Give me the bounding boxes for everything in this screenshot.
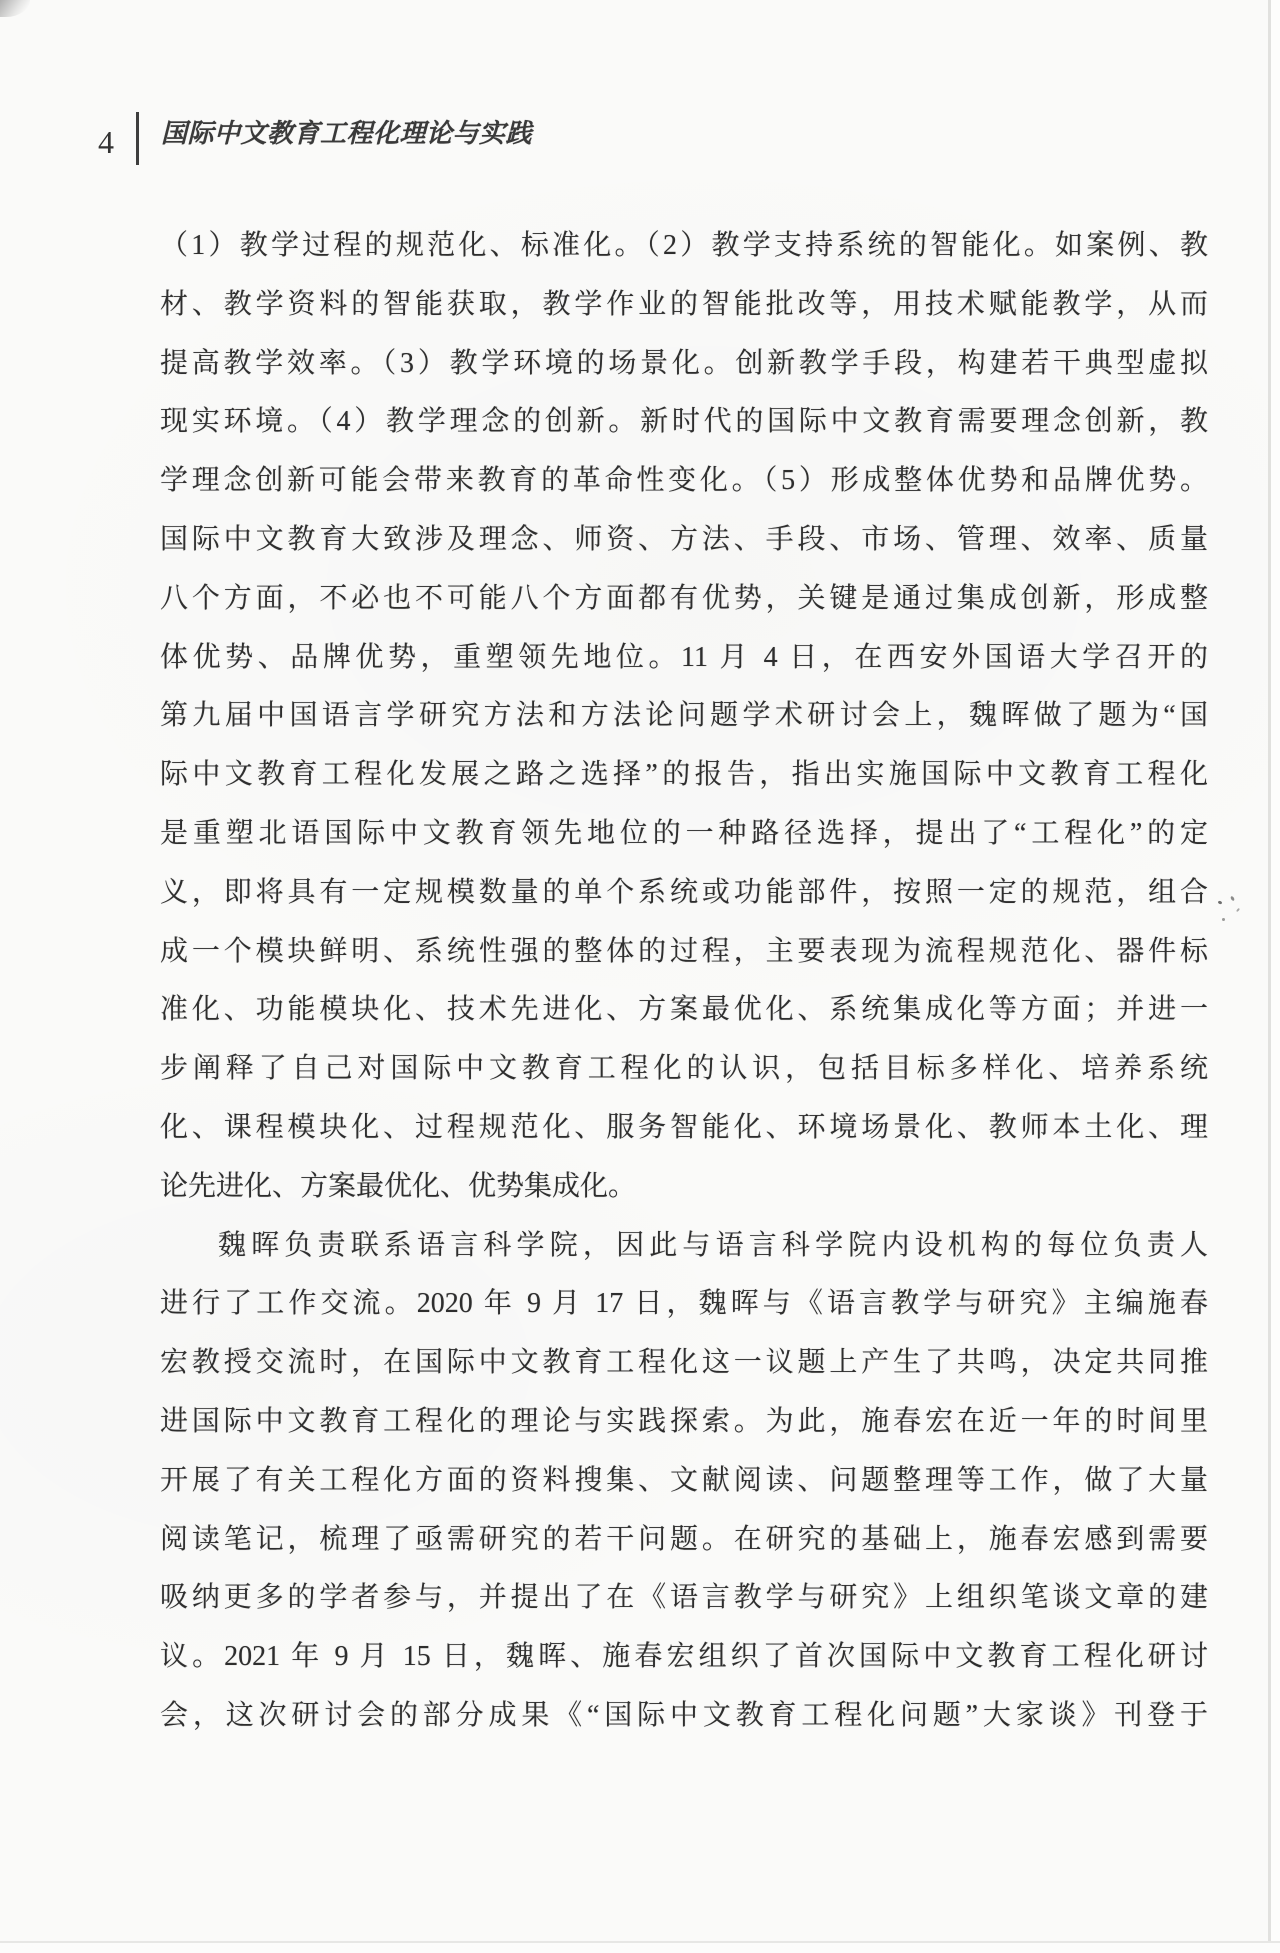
- scan-right-edge-line: [1268, 0, 1271, 1953]
- text-line: 第九届中国语言学研究方法和方法论问题学术研讨会上，魏晖做了题为“国: [160, 687, 1208, 746]
- text-line: 体优势、品牌优势，重塑领先地位。11 月 4 日，在西安外国语大学召开的: [160, 629, 1208, 688]
- header-divider: [136, 112, 139, 165]
- scan-bottom-edge-line: [0, 1941, 1280, 1943]
- scanned-book-page: 4 国际中文教育工程化理论与实践 （1）教学过程的规范化、标准化。（2）教学支持…: [0, 0, 1280, 1953]
- text-line: 宏教授交流时，在国际中文教育工程化这一议题上产生了共鸣，决定共同推: [160, 1334, 1208, 1393]
- text-line: 成一个模块鲜明、系统性强的整体的过程，主要表现为流程规范化、器件标: [160, 923, 1208, 982]
- text-line: 进行了工作交流。2020 年 9 月 17 日，魏晖与《语言教学与研究》主编施春: [160, 1275, 1208, 1334]
- text-line: 是重塑北语国际中文教育领先地位的一种路径选择，提出了“工程化”的定: [160, 805, 1208, 864]
- text-line: 步阐释了自己对国际中文教育工程化的认识，包括目标多样化、培养系统: [160, 1040, 1208, 1099]
- scan-speck: [1222, 918, 1225, 921]
- text-line: 化、课程模块化、过程规范化、服务智能化、环境场景化、教师本土化、理: [160, 1099, 1208, 1158]
- scan-speck: [1218, 900, 1223, 904]
- scan-bottom-edge-band: [0, 1943, 1280, 1953]
- text-line: 现实环境。（4）教学理念的创新。新时代的国际中文教育需要理念创新，教: [160, 393, 1208, 452]
- text-line: 学理念创新可能会带来教育的革命性变化。（5）形成整体优势和品牌优势。: [160, 452, 1208, 511]
- scan-speck: [1230, 896, 1235, 902]
- text-line: 阅读笔记，梳理了亟需研究的若干问题。在研究的基础上，施春宏感到需要: [160, 1511, 1208, 1570]
- running-head-book-title: 国际中文教育工程化理论与实践: [161, 116, 532, 152]
- text-line: 会，这次研讨会的部分成果《“国际中文教育工程化问题”大家谈》刊登于: [160, 1687, 1208, 1746]
- text-line: 吸纳更多的学者参与，并提出了在《语言教学与研究》上组织笔谈文章的建: [160, 1569, 1208, 1628]
- text-line: 准化、功能模块化、技术先进化、方案最优化、系统集成化等方面；并进一: [160, 981, 1208, 1040]
- text-line: 国际中文教育大致涉及理念、师资、方法、手段、市场、管理、效率、质量: [160, 511, 1208, 570]
- page-number: 4: [98, 124, 114, 160]
- scan-corner-smudge: [0, 0, 30, 17]
- scan-speck: [1236, 908, 1240, 912]
- text-line-paragraph-end: 论先进化、方案最优化、优势集成化。: [160, 1158, 1208, 1217]
- text-line: 开展了有关工程化方面的资料搜集、文献阅读、问题整理等工作，做了大量: [160, 1452, 1208, 1511]
- text-line: 八个方面，不必也不可能八个方面都有优势，关键是通过集成创新，形成整: [160, 570, 1208, 629]
- text-line: 提高教学效率。（3）教学环境的场景化。创新教学手段，构建若干典型虚拟: [160, 335, 1208, 394]
- text-line: 议。2021 年 9 月 15 日，魏晖、施春宏组织了首次国际中文教育工程化研讨: [160, 1628, 1208, 1687]
- text-line: 材、教学资料的智能获取，教学作业的智能批改等，用技术赋能教学，从而: [160, 276, 1208, 335]
- text-line-paragraph-start: 魏晖负责联系语言科学院，因此与语言科学院内设机构的每位负责人: [160, 1217, 1208, 1276]
- body-text-block: （1）教学过程的规范化、标准化。（2）教学支持系统的智能化。如案例、教 材、教学…: [160, 217, 1208, 1746]
- text-line: 义，即将具有一定规模数量的单个系统或功能部件，按照一定的规范，组合: [160, 864, 1208, 923]
- scan-right-edge-band: [1271, 0, 1280, 1953]
- text-line: （1）教学过程的规范化、标准化。（2）教学支持系统的智能化。如案例、教: [160, 217, 1208, 276]
- text-line: 际中文教育工程化发展之路之选择”的报告，指出实施国际中文教育工程化: [160, 746, 1208, 805]
- text-line: 进国际中文教育工程化的理论与实践探索。为此，施春宏在近一年的时间里: [160, 1393, 1208, 1452]
